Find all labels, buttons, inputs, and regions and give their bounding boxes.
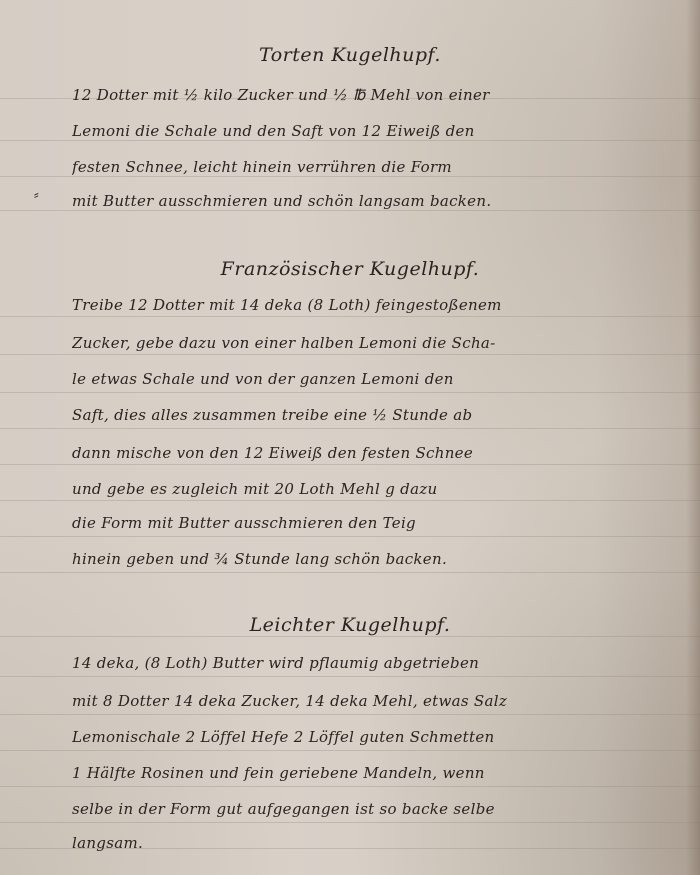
recipe-line: langsam. xyxy=(72,834,672,852)
recipe-line: Lemonischale 2 Löffel Hefe 2 Löffel gute… xyxy=(72,728,672,746)
manuscript-page: ⸗ Torten Kugelhupf. 12 Dotter mit ½ kilo… xyxy=(0,0,700,875)
recipe-line: mit 8 Dotter 14 deka Zucker, 14 deka Meh… xyxy=(72,692,672,710)
recipe-title: Leichter Kugelhupf. xyxy=(0,614,700,636)
recipe-line: 1 Hälfte Rosinen und fein geriebene Mand… xyxy=(72,764,672,782)
recipe-line: 14 deka, (8 Loth) Butter wird pflaumig a… xyxy=(72,654,672,672)
recipe-leichter-kugelhupf: Leichter Kugelhupf. 14 deka, (8 Loth) Bu… xyxy=(0,0,700,875)
recipe-line: selbe in der Form gut aufgegangen ist so… xyxy=(72,800,672,818)
